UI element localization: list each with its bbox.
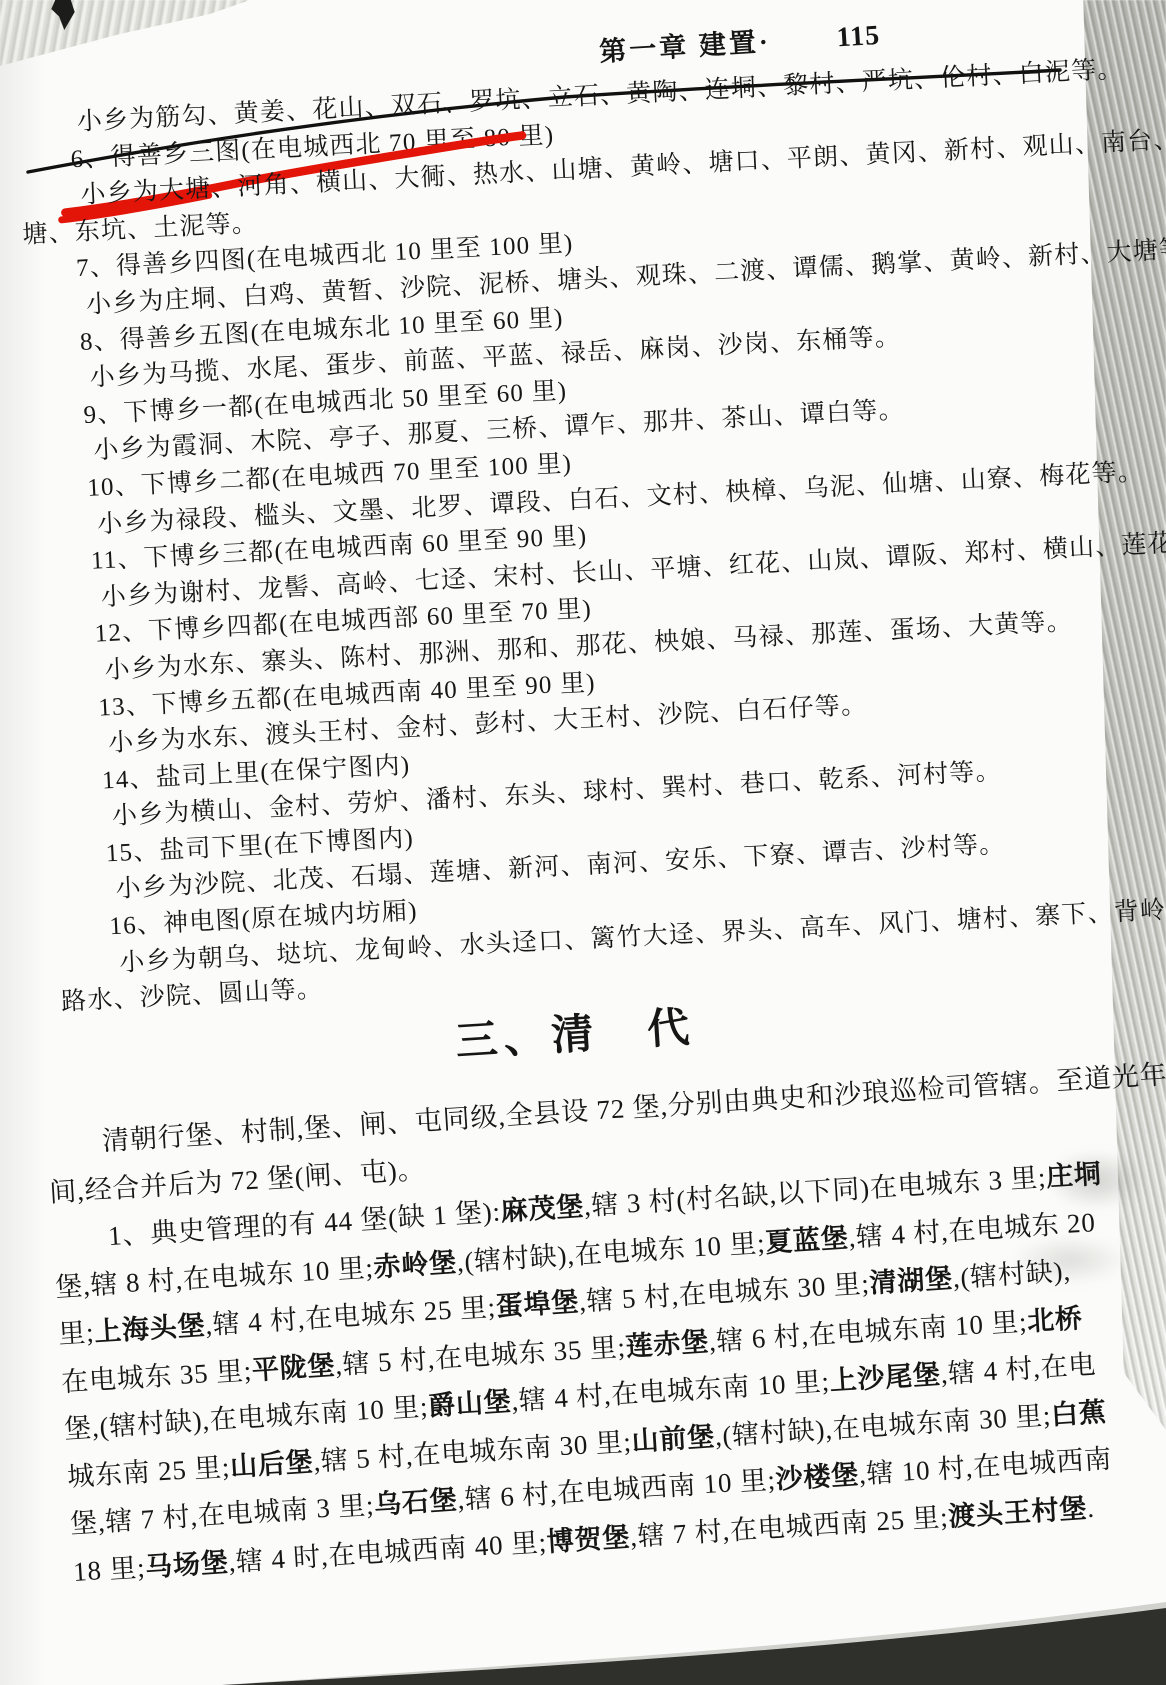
fort-name: 渡头王村堡 <box>947 1493 1088 1533</box>
fort-name: 上沙尾堡 <box>829 1360 942 1398</box>
text-segment: 在电城东 35 里; <box>60 1355 253 1397</box>
text-segment: ,辖 4 村,在电 <box>940 1350 1097 1390</box>
fort-name: 平陇堡 <box>251 1350 336 1386</box>
fort-name: 山后堡 <box>229 1447 314 1483</box>
fort-name: 白蕉 <box>1050 1397 1107 1431</box>
text-segment: 里; <box>57 1318 95 1350</box>
chapter-title: 第一章 建置· <box>598 20 772 69</box>
fort-name: 爵山堡 <box>427 1387 512 1423</box>
text-segment: ,辖 5 村,在电城东 30 里; <box>578 1269 870 1317</box>
fort-name: 赤岭堡 <box>373 1247 458 1283</box>
fort-name: 清湖堡 <box>869 1264 954 1300</box>
fort-name: 蛋埠堡 <box>495 1287 580 1323</box>
fort-name: 夏蓝堡 <box>764 1223 849 1259</box>
fort-name: 乌石堡 <box>373 1485 458 1521</box>
fort-name: 莲赤堡 <box>625 1327 710 1363</box>
qing-fort-paragraph: 清朝行堡、村制,堡、闸、屯同级,全县设 72 堡,分别由典史和沙琅巡检司管辖。至… <box>45 1055 1143 1596</box>
scanned-book-page: 第一章 建置· 115 小乡为筋勾、黄姜、花山、双石、罗坑、立石、黄陶、连垌、黎… <box>0 0 1166 1685</box>
text-segment: ,辖 10 村,在电城西南 <box>858 1444 1113 1490</box>
bottom-scan-band <box>222 1608 1166 1685</box>
fort-name: 马场堡 <box>144 1547 229 1583</box>
fort-name: 北桥 <box>1026 1303 1083 1337</box>
text-segment: 城东南 25 里; <box>66 1452 231 1492</box>
text-segment: . <box>1086 1493 1095 1523</box>
fort-name: 沙楼堡 <box>775 1460 860 1496</box>
text-segment: ,辖 4 村,在电城东 20 <box>848 1207 1097 1252</box>
fort-name: 上海头堡 <box>93 1311 206 1349</box>
text-segment: 18 里; <box>72 1552 146 1586</box>
fort-name: 博贺堡 <box>546 1522 631 1558</box>
text-segment: ,辖 4 村,在电城东 25 里; <box>204 1292 496 1340</box>
text-segment: ,辖 5 村,在电城东 35 里; <box>334 1332 626 1380</box>
ming-township-list: 小乡为筋勾、黄姜、花山、双石、罗坑、立石、黄陶、连垌、黎村、严坑、伦村、白泥等。… <box>16 56 1081 1021</box>
text-segment: ,(辖村缺), <box>952 1256 1072 1293</box>
fort-name: 麻茂堡 <box>500 1192 585 1228</box>
bottom-scan-band-soft <box>222 1602 1166 1685</box>
fort-name: 庄垌 <box>1045 1159 1102 1193</box>
page-number: 115 <box>836 20 881 55</box>
fort-name: 山前堡 <box>631 1421 716 1457</box>
qing-section: 三、清 代 清朝行堡、村制,堡、闸、屯同级,全县设 72 堡,分别由典史和沙琅巡… <box>40 977 1143 1596</box>
